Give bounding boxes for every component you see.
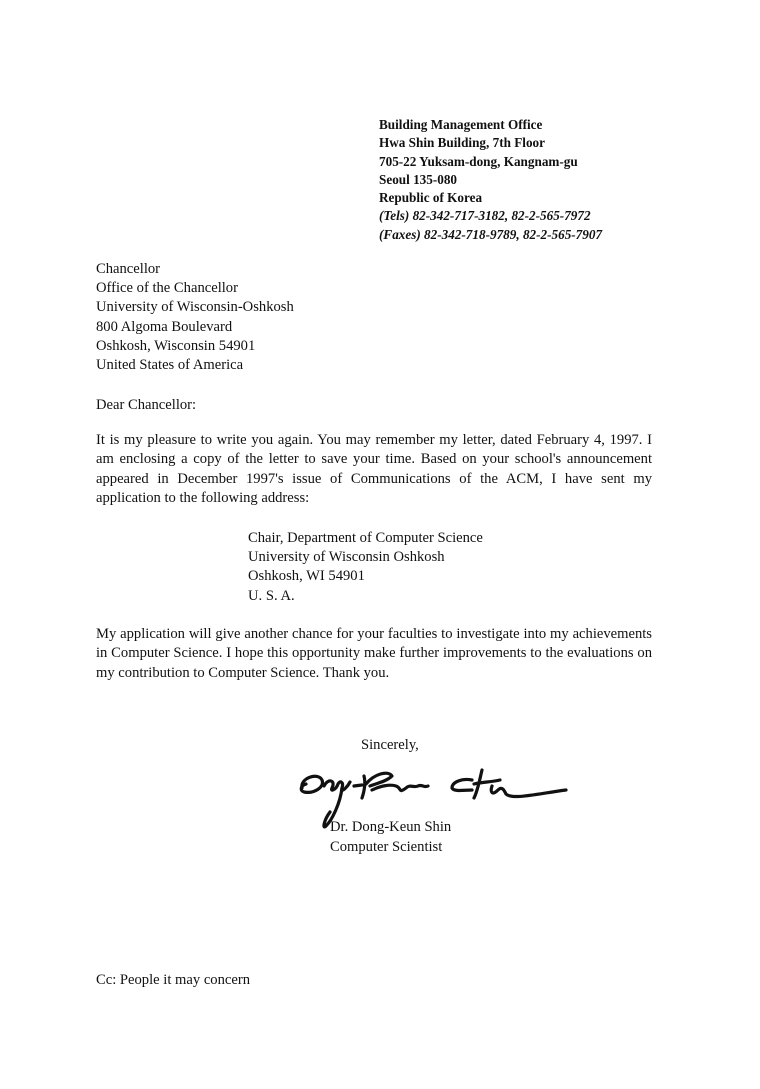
sender-faxes: (Faxes) 82-342-718-9789, 82-2-565-7907 xyxy=(379,226,602,244)
recipient-line: Office of the Chancellor xyxy=(96,279,294,298)
inner-address-block: Chair, Department of Computer Science Un… xyxy=(248,529,483,606)
sender-line: Hwa Shin Building, 7th Floor xyxy=(379,134,602,152)
recipient-line: University of Wisconsin-Oshkosh xyxy=(96,298,294,317)
inner-address-line: U. S. A. xyxy=(248,587,483,606)
signer-block: Dr. Dong-Keun Shin Computer Scientist xyxy=(330,818,451,857)
sender-telephones: (Tels) 82-342-717-3182, 82-2-565-7972 xyxy=(379,207,602,225)
sender-line: Republic of Korea xyxy=(379,189,602,207)
recipient-line: 800 Algoma Boulevard xyxy=(96,318,294,337)
signer-name: Dr. Dong-Keun Shin xyxy=(330,818,451,838)
closing: Sincerely, xyxy=(361,737,419,754)
recipient-line: Chancellor xyxy=(96,260,294,279)
sender-line: Seoul 135-080 xyxy=(379,171,602,189)
recipient-line: United States of America xyxy=(96,356,294,375)
cc-line: Cc: People it may concern xyxy=(96,972,250,989)
body-paragraph-1: It is my pleasure to write you again. Yo… xyxy=(96,431,652,509)
recipient-line: Oshkosh, Wisconsin 54901 xyxy=(96,337,294,356)
sender-line: 705-22 Yuksam-dong, Kangnam-gu xyxy=(379,153,602,171)
sender-address-block: Building Management Office Hwa Shin Buil… xyxy=(379,116,602,244)
recipient-address-block: Chancellor Office of the Chancellor Univ… xyxy=(96,260,294,375)
salutation: Dear Chancellor: xyxy=(96,397,196,414)
signer-title: Computer Scientist xyxy=(330,838,451,858)
body-paragraph-2: My application will give another chance … xyxy=(96,625,652,683)
inner-address-line: Oshkosh, WI 54901 xyxy=(248,567,483,586)
sender-line: Building Management Office xyxy=(379,116,602,134)
inner-address-line: Chair, Department of Computer Science xyxy=(248,529,483,548)
inner-address-line: University of Wisconsin Oshkosh xyxy=(248,548,483,567)
